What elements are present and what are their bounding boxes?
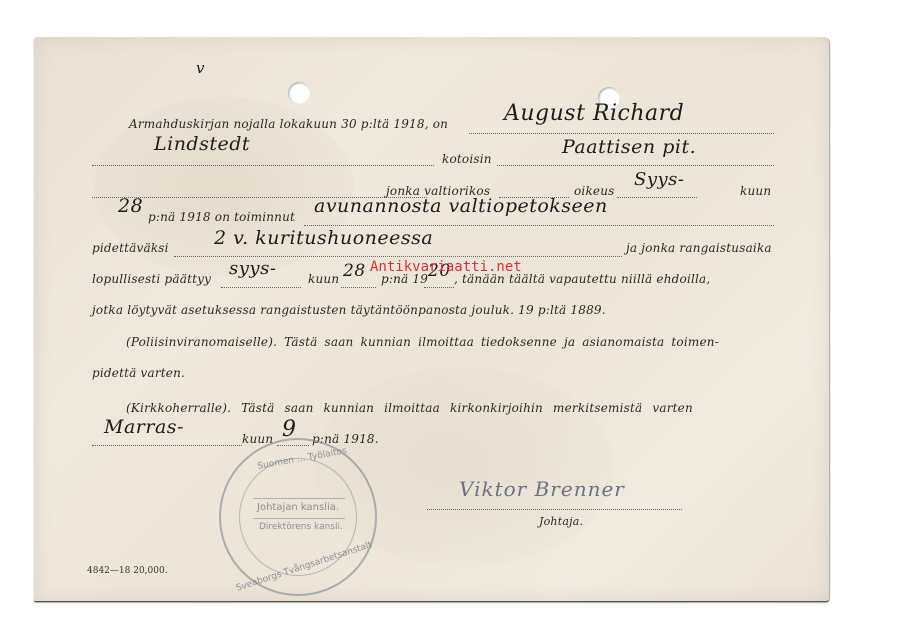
watermark: Antikvariaatti.net	[370, 259, 522, 275]
printed-line-7: jotka löytyvät asetuksessa rangaistusten…	[92, 303, 606, 317]
label-home-parish: kotoisin	[442, 152, 492, 166]
fill-line	[617, 197, 697, 198]
label-ends: lopullisesti päättyy	[92, 272, 211, 286]
fill-line	[304, 225, 774, 226]
handwritten-surname: Lindstedt	[154, 133, 250, 155]
stamp-center-line-1: Johtajan kanslia.	[257, 502, 339, 513]
fill-line	[424, 287, 454, 288]
label-sentence: pidettäväksi	[92, 241, 169, 255]
fill-line	[469, 133, 774, 134]
handwritten-offense: avunannosta valtiopetokseen	[314, 195, 608, 217]
fill-line	[92, 165, 434, 166]
police-paragraph-line-1: (Poliisinviranomaiselle). Tästä saan kun…	[126, 335, 719, 349]
fill-line	[221, 287, 301, 288]
corner-mark: v	[196, 59, 205, 77]
church-paragraph: (Kirkkoherralle). Tästä saan kunnian ilm…	[126, 401, 693, 415]
police-paragraph-line-2: pidettä varten.	[92, 366, 185, 380]
handwritten-home-parish: Paattisen pit.	[562, 136, 696, 158]
label-month: kuun	[740, 184, 771, 198]
fill-line	[341, 287, 376, 288]
fill-line	[174, 256, 622, 257]
handwritten-end-day: 28	[343, 261, 366, 281]
stamp-rule	[253, 518, 345, 519]
handwritten-court-month: Syys-	[634, 169, 685, 190]
stamp-rule	[253, 498, 345, 499]
print-code: 4842—18 20,000.	[87, 566, 168, 576]
handwritten-sentence: 2 v. kuritushuoneessa	[214, 227, 433, 249]
printed-line-4: p:nä 1918 on toiminnut	[148, 210, 295, 224]
signature-line	[427, 509, 682, 510]
stamp-center-line-2: Direktörens kansli.	[259, 522, 343, 532]
printed-line-1: Armahduskirjan nojalla lokakuun 30 p:ltä…	[129, 117, 448, 131]
label-end-month: kuun	[308, 272, 339, 286]
fill-line	[497, 165, 774, 166]
handwritten-end-month: syys-	[229, 258, 276, 279]
label-director: Johtaja.	[539, 515, 583, 528]
official-stamp: Suomen ... Työlaitos Johtajan kanslia. D…	[219, 438, 377, 596]
director-signature: Viktor Brenner	[459, 477, 625, 501]
handwritten-issue-month: Marras-	[104, 416, 184, 438]
label-punishment-period: ja jonka rangaistusaika	[626, 241, 772, 255]
document-card: v Armahduskirjan nojalla lokakuun 30 p:l…	[34, 37, 830, 602]
fill-line	[92, 445, 242, 446]
handwritten-court-day: 28	[118, 195, 143, 217]
handwritten-first-names: August Richard	[504, 101, 684, 126]
punch-hole	[288, 82, 310, 104]
